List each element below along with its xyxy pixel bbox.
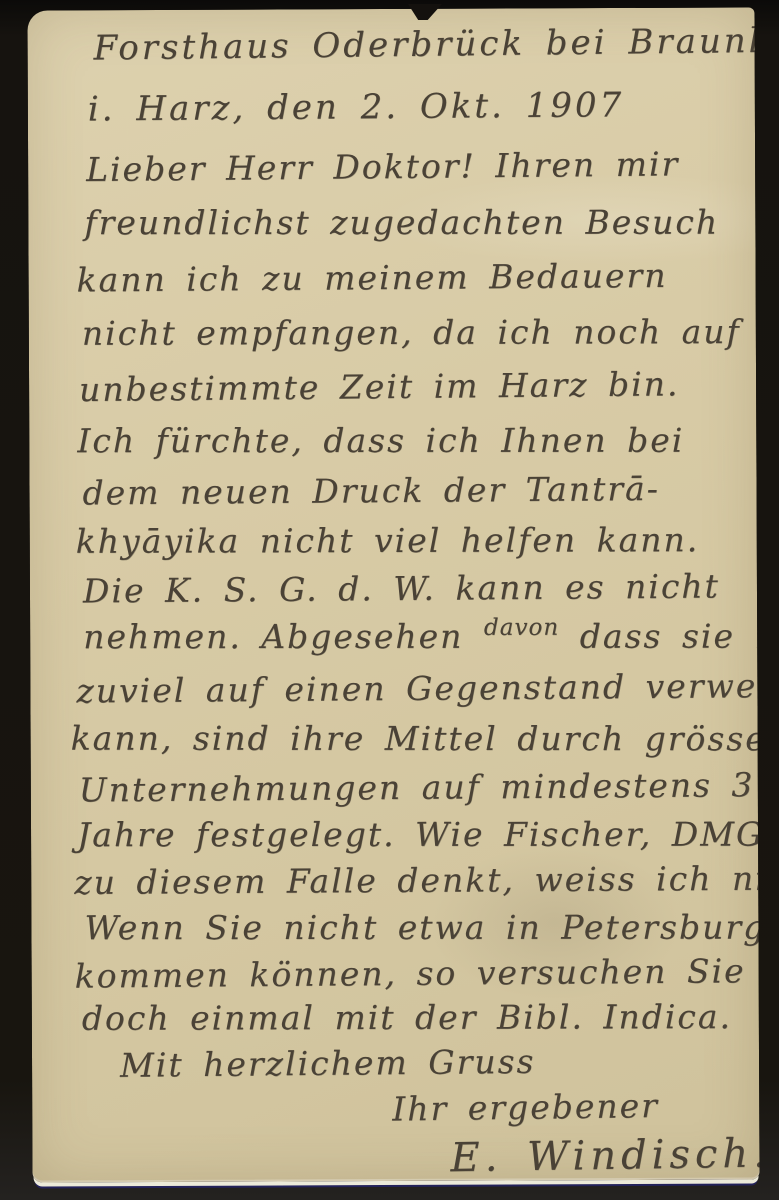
interline-insertion: davon — [484, 614, 559, 640]
manuscript-line: Ich fürchte, dass ich Ihnen bei — [77, 421, 742, 472]
line-text-after-insertion: dass sie nicht — [560, 617, 759, 656]
manuscript-line: Lieber Herr Doktor! Ihren mir — [86, 144, 742, 206]
manuscript-line: doch einmal mit der Bibl. Indica. — [82, 997, 745, 1044]
manuscript-line: Die K. S. G. d. W. kann es nicht — [83, 566, 743, 619]
letter-lines: Forsthaus Oderbrück bei Braunlagei. Harz… — [27, 7, 759, 1182]
manuscript-line: dem neuen Druck der Tantrā- — [82, 468, 742, 523]
manuscript-line: Jahre festgelegt. Wie Fischer, DMG, — [77, 815, 744, 862]
manuscript-line: kann ich zu meinem Bedauern — [76, 255, 741, 315]
manuscript-line: freundlichst zugedachten Besuch — [84, 203, 741, 259]
manuscript-line: nehmen. Abgesehen davon dass sie nicht — [83, 617, 743, 670]
line-text-before-insertion: nehmen. Abgesehen — [83, 617, 483, 656]
manuscript-line: kann, sind ihre Mittel durch grössere — [71, 719, 744, 769]
manuscript-line: Forsthaus Oderbrück bei Braunlage — [93, 21, 741, 90]
manuscript-line: i. Harz, den 2. Okt. 1907 — [88, 84, 741, 149]
manuscript-line: Unternehmungen auf mindestens 3 — [79, 765, 744, 817]
manuscript-line: kommen können, so versuchen Sie es — [74, 951, 744, 1000]
manuscript-line: unbestimmte Zeit im Harz bin. — [79, 364, 742, 424]
manuscript-line: zu diesem Falle denkt, weiss ich nicht. — [74, 859, 744, 910]
postcard: Forsthaus Oderbrück bei Braunlagei. Harz… — [27, 7, 759, 1182]
manuscript-line: E. Windisch. — [450, 1131, 746, 1183]
manuscript-line: Wenn Sie nicht etwa in Petersburg an- — [84, 908, 744, 955]
scan-background: Forsthaus Oderbrück bei Braunlagei. Harz… — [0, 0, 779, 1200]
manuscript-line: zuviel auf einen Gegenstand verwenden — [76, 666, 743, 721]
manuscript-line: Ihr ergebener — [392, 1085, 746, 1136]
manuscript-line: Mit herzlichem Gruss — [120, 1040, 745, 1091]
manuscript-line: nicht empfangen, da ich noch auf — [82, 312, 742, 368]
manuscript-line: khyāyika nicht viel helfen kann. — [76, 520, 743, 570]
